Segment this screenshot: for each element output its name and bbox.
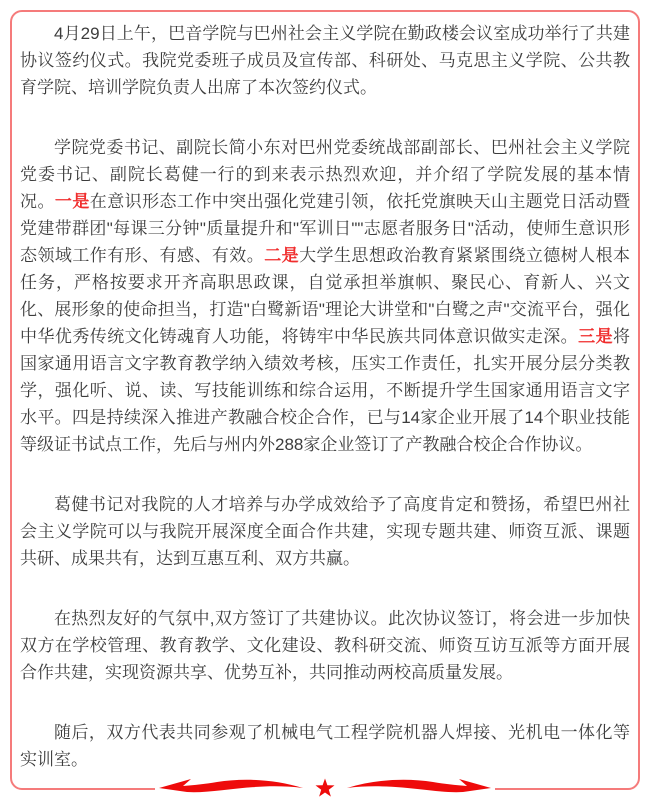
paragraph-welcome-highlights: 学院党委书记、副院长简小东对巴州党委统战部副部长、巴州社会主义学院党委书记、副院… xyxy=(20,134,630,458)
article-body: 4月29日上午，巴音学院与巴州社会主义学院在勤政楼会议室成功举行了共建协议签约仪… xyxy=(20,20,630,773)
emphasis-marker-third: 三是 xyxy=(578,327,613,346)
swoosh-left-icon xyxy=(159,779,303,792)
text-segment: 将国家通用语言文字教育教学纳入绩效考核，压实工作责任，扎实开展分层分类教学，强化… xyxy=(20,327,630,454)
bottom-divider xyxy=(155,773,495,802)
text-segment: 随后，双方代表共同参观了机械电气工程学院机器人焊接、光机电一体化等实训室。 xyxy=(20,723,630,769)
text-segment: 在热烈友好的气氛中,双方签订了共建协议。此次协议签订，将会进一步加快双方在学校管… xyxy=(20,609,630,682)
article-frame: 4月29日上午，巴音学院与巴州社会主义学院在勤政楼会议室成功举行了共建协议签约仪… xyxy=(10,10,640,790)
swoosh-right-icon xyxy=(347,779,491,792)
text-segment: 葛健书记对我院的人才培养与办学成效给予了高度肯定和赞扬，希望巴州社会主义学院可以… xyxy=(20,495,630,568)
star-icon xyxy=(316,779,335,797)
emphasis-marker-first: 一是 xyxy=(55,192,90,211)
paragraph-praise: 葛健书记对我院的人才培养与办学成效给予了高度肯定和赞扬，希望巴州社会主义学院可以… xyxy=(20,491,630,572)
paragraph-intro: 4月29日上午，巴音学院与巴州社会主义学院在勤政楼会议室成功举行了共建协议签约仪… xyxy=(20,20,630,101)
emphasis-marker-second: 二是 xyxy=(264,246,299,265)
text-segment: 4月29日上午，巴音学院与巴州社会主义学院在勤政楼会议室成功举行了共建协议签约仪… xyxy=(20,24,630,97)
paragraph-signing: 在热烈友好的气氛中,双方签订了共建协议。此次协议签订，将会进一步加快双方在学校管… xyxy=(20,605,630,686)
paragraph-visit: 随后，双方代表共同参观了机械电气工程学院机器人焊接、光机电一体化等实训室。 xyxy=(20,719,630,773)
